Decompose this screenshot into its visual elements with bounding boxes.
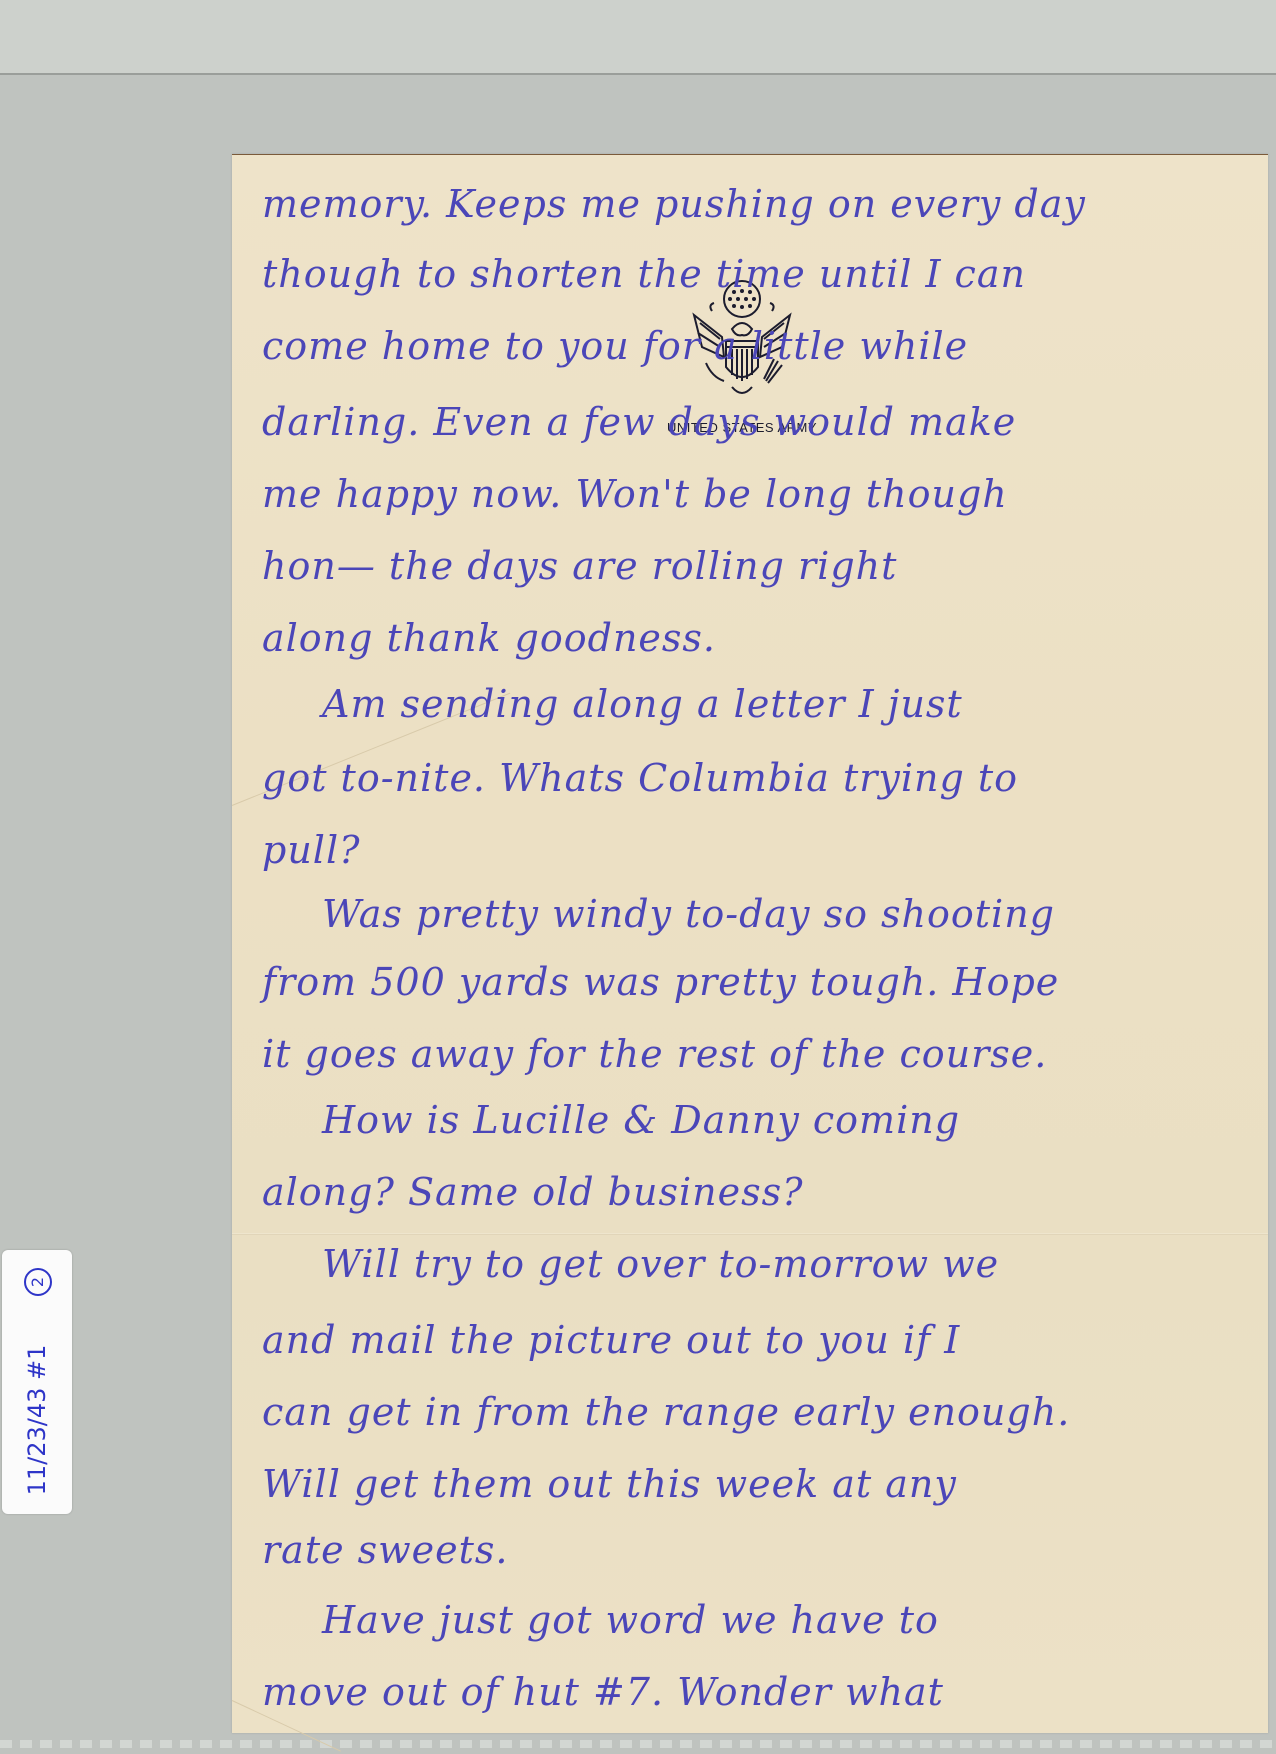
handwritten-line: rate sweets. [262,1531,509,1569]
sleeve-perforation [0,1740,1276,1748]
handwritten-line: Will get them out this week at any [262,1465,957,1503]
handwritten-line: pull? [262,831,360,869]
handwritten-line: me happy now. Won't be long though [262,475,1008,513]
scanner-background [0,0,1276,73]
handwritten-line: got to-nite. Whats Columbia trying to [262,759,1018,797]
handwritten-line: it goes away for the rest of the course. [262,1035,1047,1073]
handwritten-line: come home to you for a little while [262,327,968,365]
date-reference: 11/23/43 #1 [23,1345,51,1496]
handwritten-line: How is Lucille & Danny coming [322,1101,960,1139]
handwritten-line: Am sending along a letter I just [322,685,963,723]
handwritten-line: can get in from the range early enough. [262,1393,1070,1431]
letter-page: UNITED STATES ARMY memory. Keeps me push… [232,154,1268,1733]
page-number-badge: 2 [24,1268,52,1296]
handwritten-line: along? Same old business? [262,1173,803,1211]
handwritten-line: move out of hut #7. Wonder what [262,1673,944,1711]
handwritten-line: Was pretty windy to-day so shooting [322,895,1055,933]
handwritten-line: darling. Even a few days would make [262,403,1016,441]
fold-line [232,1233,1268,1235]
handwritten-line: Will try to get over to-morrow we [322,1245,999,1283]
handwritten-line: from 500 yards was pretty tough. Hope [262,963,1059,1001]
handwritten-line: memory. Keeps me pushing on every day [262,185,1086,223]
handwritten-line: and mail the picture out to you if I [262,1321,960,1359]
handwritten-line: Have just got word we have to [322,1601,939,1639]
handwritten-line: though to shorten the time until I can [262,255,1026,293]
handwritten-line: hon— the days are rolling right [262,547,897,585]
archive-page-label: 2 11/23/43 #1 [2,1250,72,1514]
handwritten-line: along thank goodness. [262,619,716,657]
